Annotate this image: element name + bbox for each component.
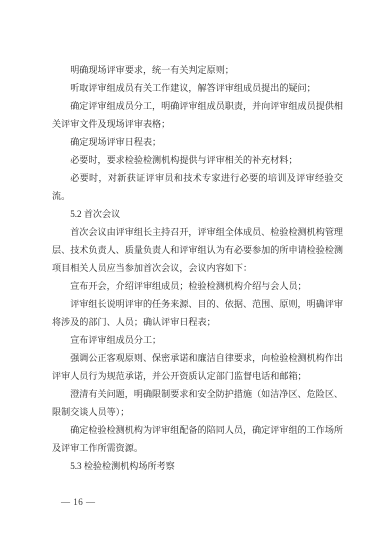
page-footer: — 16 — <box>61 496 96 508</box>
paragraph: 确定现场评审日程表； <box>52 133 343 151</box>
page-number: — 16 — <box>61 497 96 507</box>
paragraph: 必要时，要求检验检测机构提供与评审相关的补充材料； <box>52 151 343 169</box>
paragraph: 听取评审组成员有关工作建议，解答评审组成员提出的疑问； <box>52 79 343 97</box>
paragraph: 确定评审组成员分工，明确评审组成员职责，并向评审组成员提供相关评审文件及现场评审… <box>52 97 343 133</box>
section-heading: 5.3 检验检测机构场所考察 <box>52 457 343 475</box>
paragraph: 澄清有关问题，明确限制要求和安全防护措施（如洁净区、危险区、限制交谈人员等）； <box>52 385 343 421</box>
paragraph: 宣布评审组成员分工； <box>52 331 343 349</box>
paragraph: 确定检验检测机构为评审组配备的陪同人员，确定评审组的工作场所及评审工作所需资源。 <box>52 421 343 457</box>
page-body: 明确现场评审要求，统一有关判定原则；听取评审组成员有关工作建议，解答评审组成员提… <box>52 61 343 475</box>
paragraph: 明确现场评审要求，统一有关判定原则； <box>52 61 343 79</box>
document-page: 明确现场评审要求，统一有关判定原则；听取评审组成员有关工作建议，解答评审组成员提… <box>0 0 390 551</box>
paragraph: 宣布开会，介绍评审组成员；检验检测机构介绍与会人员； <box>52 277 343 295</box>
paragraph: 强调公正客观原则、保密承诺和廉洁自律要求，向检验检测机构作出评审人员行为规范承诺… <box>52 349 343 385</box>
paragraph: 评审组长说明评审的任务来源、目的、依据、范围、原则，明确评审将涉及的部门、人员；… <box>52 295 343 331</box>
section-heading: 5.2 首次会议 <box>52 205 343 223</box>
paragraph: 首次会议由评审组长主持召开，评审组全体成员、检验检测机构管理层、技术负责人、质量… <box>52 223 343 277</box>
paragraph: 必要时，对新获证评审员和技术专家进行必要的培训及评审经验交流。 <box>52 169 343 205</box>
